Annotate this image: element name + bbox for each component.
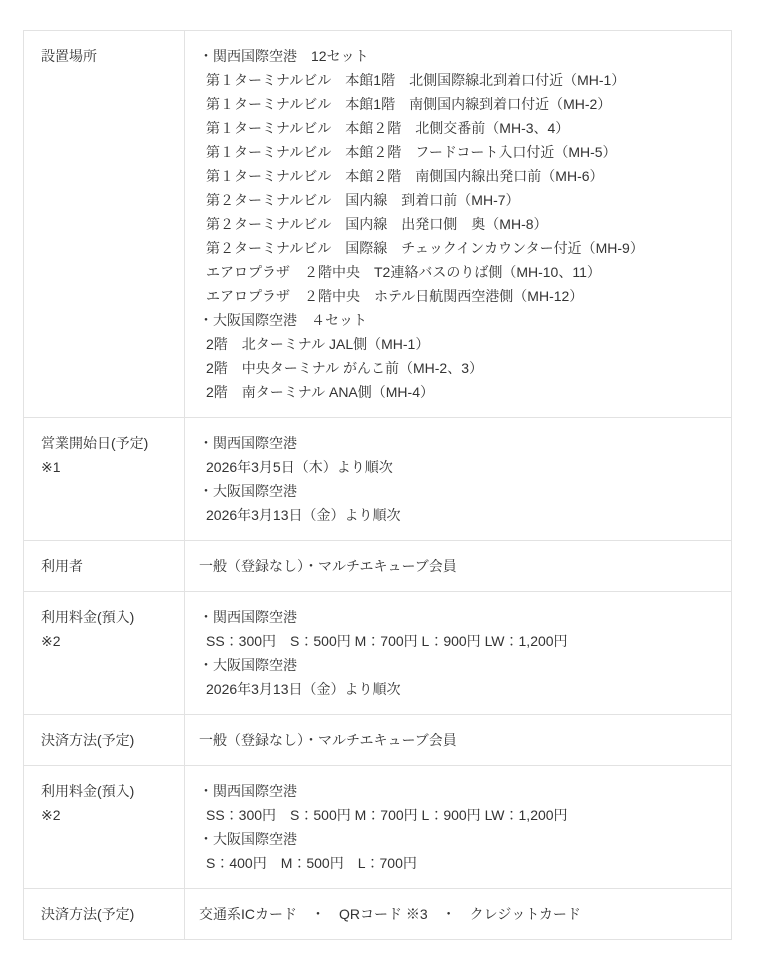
row-label-cell: 決済方法(予定) xyxy=(24,889,185,939)
table-row: 利用者一般（登録なし）・マルチエキューブ会員 xyxy=(24,540,731,591)
content-line: 2階 中央ターミナル がんこ前（MH-2、3） xyxy=(199,356,721,380)
content-line: ・大阪国際空港 ４セット xyxy=(199,308,721,332)
row-label-line: ※1 xyxy=(41,455,176,479)
content-line: 一般（登録なし）・マルチエキューブ会員 xyxy=(199,728,721,752)
row-content-cell: 一般（登録なし）・マルチエキューブ会員 xyxy=(185,715,731,765)
row-content-cell: ・関西国際空港SS：300円 S：500円 M：700円 L：900円 LW：1… xyxy=(185,592,731,714)
row-label-cell: 設置場所 xyxy=(24,31,185,417)
row-label-line: 決済方法(予定) xyxy=(41,902,176,926)
content-line: ・大阪国際空港 xyxy=(199,653,721,677)
row-label-line: 利用者 xyxy=(41,554,176,578)
content-line: 2026年3月5日（木）より順次 xyxy=(199,455,721,479)
content-line: SS：300円 S：500円 M：700円 L：900円 LW：1,200円 xyxy=(199,629,721,653)
content-line: ・関西国際空港 12セット xyxy=(199,44,721,68)
table-row: 利用料金(預入)※2・関西国際空港SS：300円 S：500円 M：700円 L… xyxy=(24,765,731,888)
content-line: ・関西国際空港 xyxy=(199,431,721,455)
content-line: 第２ターミナルビル 国際線 チェックインカウンター付近（MH-9） xyxy=(199,236,721,260)
row-label-cell: 利用料金(預入)※2 xyxy=(24,592,185,714)
content-line: SS：300円 S：500円 M：700円 L：900円 LW：1,200円 xyxy=(199,803,721,827)
row-content-cell: ・関西国際空港2026年3月5日（木）より順次・大阪国際空港2026年3月13日… xyxy=(185,418,731,540)
row-label-line: 設置場所 xyxy=(41,44,176,68)
row-label-line: 営業開始日(予定) xyxy=(41,431,176,455)
row-label-line: ※2 xyxy=(41,803,176,827)
row-label-line: 決済方法(予定) xyxy=(41,728,176,752)
row-label-cell: 営業開始日(予定)※1 xyxy=(24,418,185,540)
content-line: 第１ターミナルビル 本館1階 北側国際線北到着口付近（MH-1） xyxy=(199,68,721,92)
table-row: 設置場所・関西国際空港 12セット第１ターミナルビル 本館1階 北側国際線北到着… xyxy=(24,31,731,417)
table-row: 決済方法(予定)交通系ICカード ・ QRコード ※3 ・ クレジットカード xyxy=(24,888,731,939)
content-line: 第２ターミナルビル 国内線 到着口前（MH-7） xyxy=(199,188,721,212)
row-label-cell: 利用者 xyxy=(24,541,185,591)
row-label-cell: 利用料金(預入)※2 xyxy=(24,766,185,888)
content-line: ・関西国際空港 xyxy=(199,779,721,803)
table-row: 営業開始日(予定)※1・関西国際空港2026年3月5日（木）より順次・大阪国際空… xyxy=(24,417,731,540)
row-content-cell: ・関西国際空港SS：300円 S：500円 M：700円 L：900円 LW：1… xyxy=(185,766,731,888)
row-content-cell: 一般（登録なし）・マルチエキューブ会員 xyxy=(185,541,731,591)
table-row: 決済方法(予定)一般（登録なし）・マルチエキューブ会員 xyxy=(24,714,731,765)
row-label-cell: 決済方法(予定) xyxy=(24,715,185,765)
content-line: 第１ターミナルビル 本館1階 南側国内線到着口付近（MH-2） xyxy=(199,92,721,116)
content-line: エアロプラザ ２階中央 T2連絡バスのりば側（MH-10、11） xyxy=(199,260,721,284)
content-line: 2026年3月13日（金）より順次 xyxy=(199,677,721,701)
content-line: 2階 南ターミナル ANA側（MH-4） xyxy=(199,380,721,404)
content-line: 第１ターミナルビル 本館２階 南側国内線出発口前（MH-6） xyxy=(199,164,721,188)
content-line: ・大阪国際空港 xyxy=(199,827,721,851)
content-line: 第１ターミナルビル 本館２階 フードコート入口付近（MH-5） xyxy=(199,140,721,164)
content-line: ・大阪国際空港 xyxy=(199,479,721,503)
content-line: 第２ターミナルビル 国内線 出発口側 奥（MH-8） xyxy=(199,212,721,236)
content-line: 一般（登録なし）・マルチエキューブ会員 xyxy=(199,554,721,578)
content-line: 交通系ICカード ・ QRコード ※3 ・ クレジットカード xyxy=(199,902,721,926)
row-content-cell: 交通系ICカード ・ QRコード ※3 ・ クレジットカード xyxy=(185,889,731,939)
row-label-line: 利用料金(預入) xyxy=(41,605,176,629)
spec-table: 設置場所・関西国際空港 12セット第１ターミナルビル 本館1階 北側国際線北到着… xyxy=(23,30,732,940)
content-line: 2階 北ターミナル JAL側（MH-1） xyxy=(199,332,721,356)
table-row: 利用料金(預入)※2・関西国際空港SS：300円 S：500円 M：700円 L… xyxy=(24,591,731,714)
row-content-cell: ・関西国際空港 12セット第１ターミナルビル 本館1階 北側国際線北到着口付近（… xyxy=(185,31,731,417)
row-label-line: 利用料金(預入) xyxy=(41,779,176,803)
content-line: 2026年3月13日（金）より順次 xyxy=(199,503,721,527)
row-label-line: ※2 xyxy=(41,629,176,653)
content-line: 第１ターミナルビル 本館２階 北側交番前（MH-3、4） xyxy=(199,116,721,140)
content-line: S：400円 M：500円 L：700円 xyxy=(199,851,721,875)
content-line: エアロプラザ ２階中央 ホテル日航関西空港側（MH-12） xyxy=(199,284,721,308)
content-line: ・関西国際空港 xyxy=(199,605,721,629)
